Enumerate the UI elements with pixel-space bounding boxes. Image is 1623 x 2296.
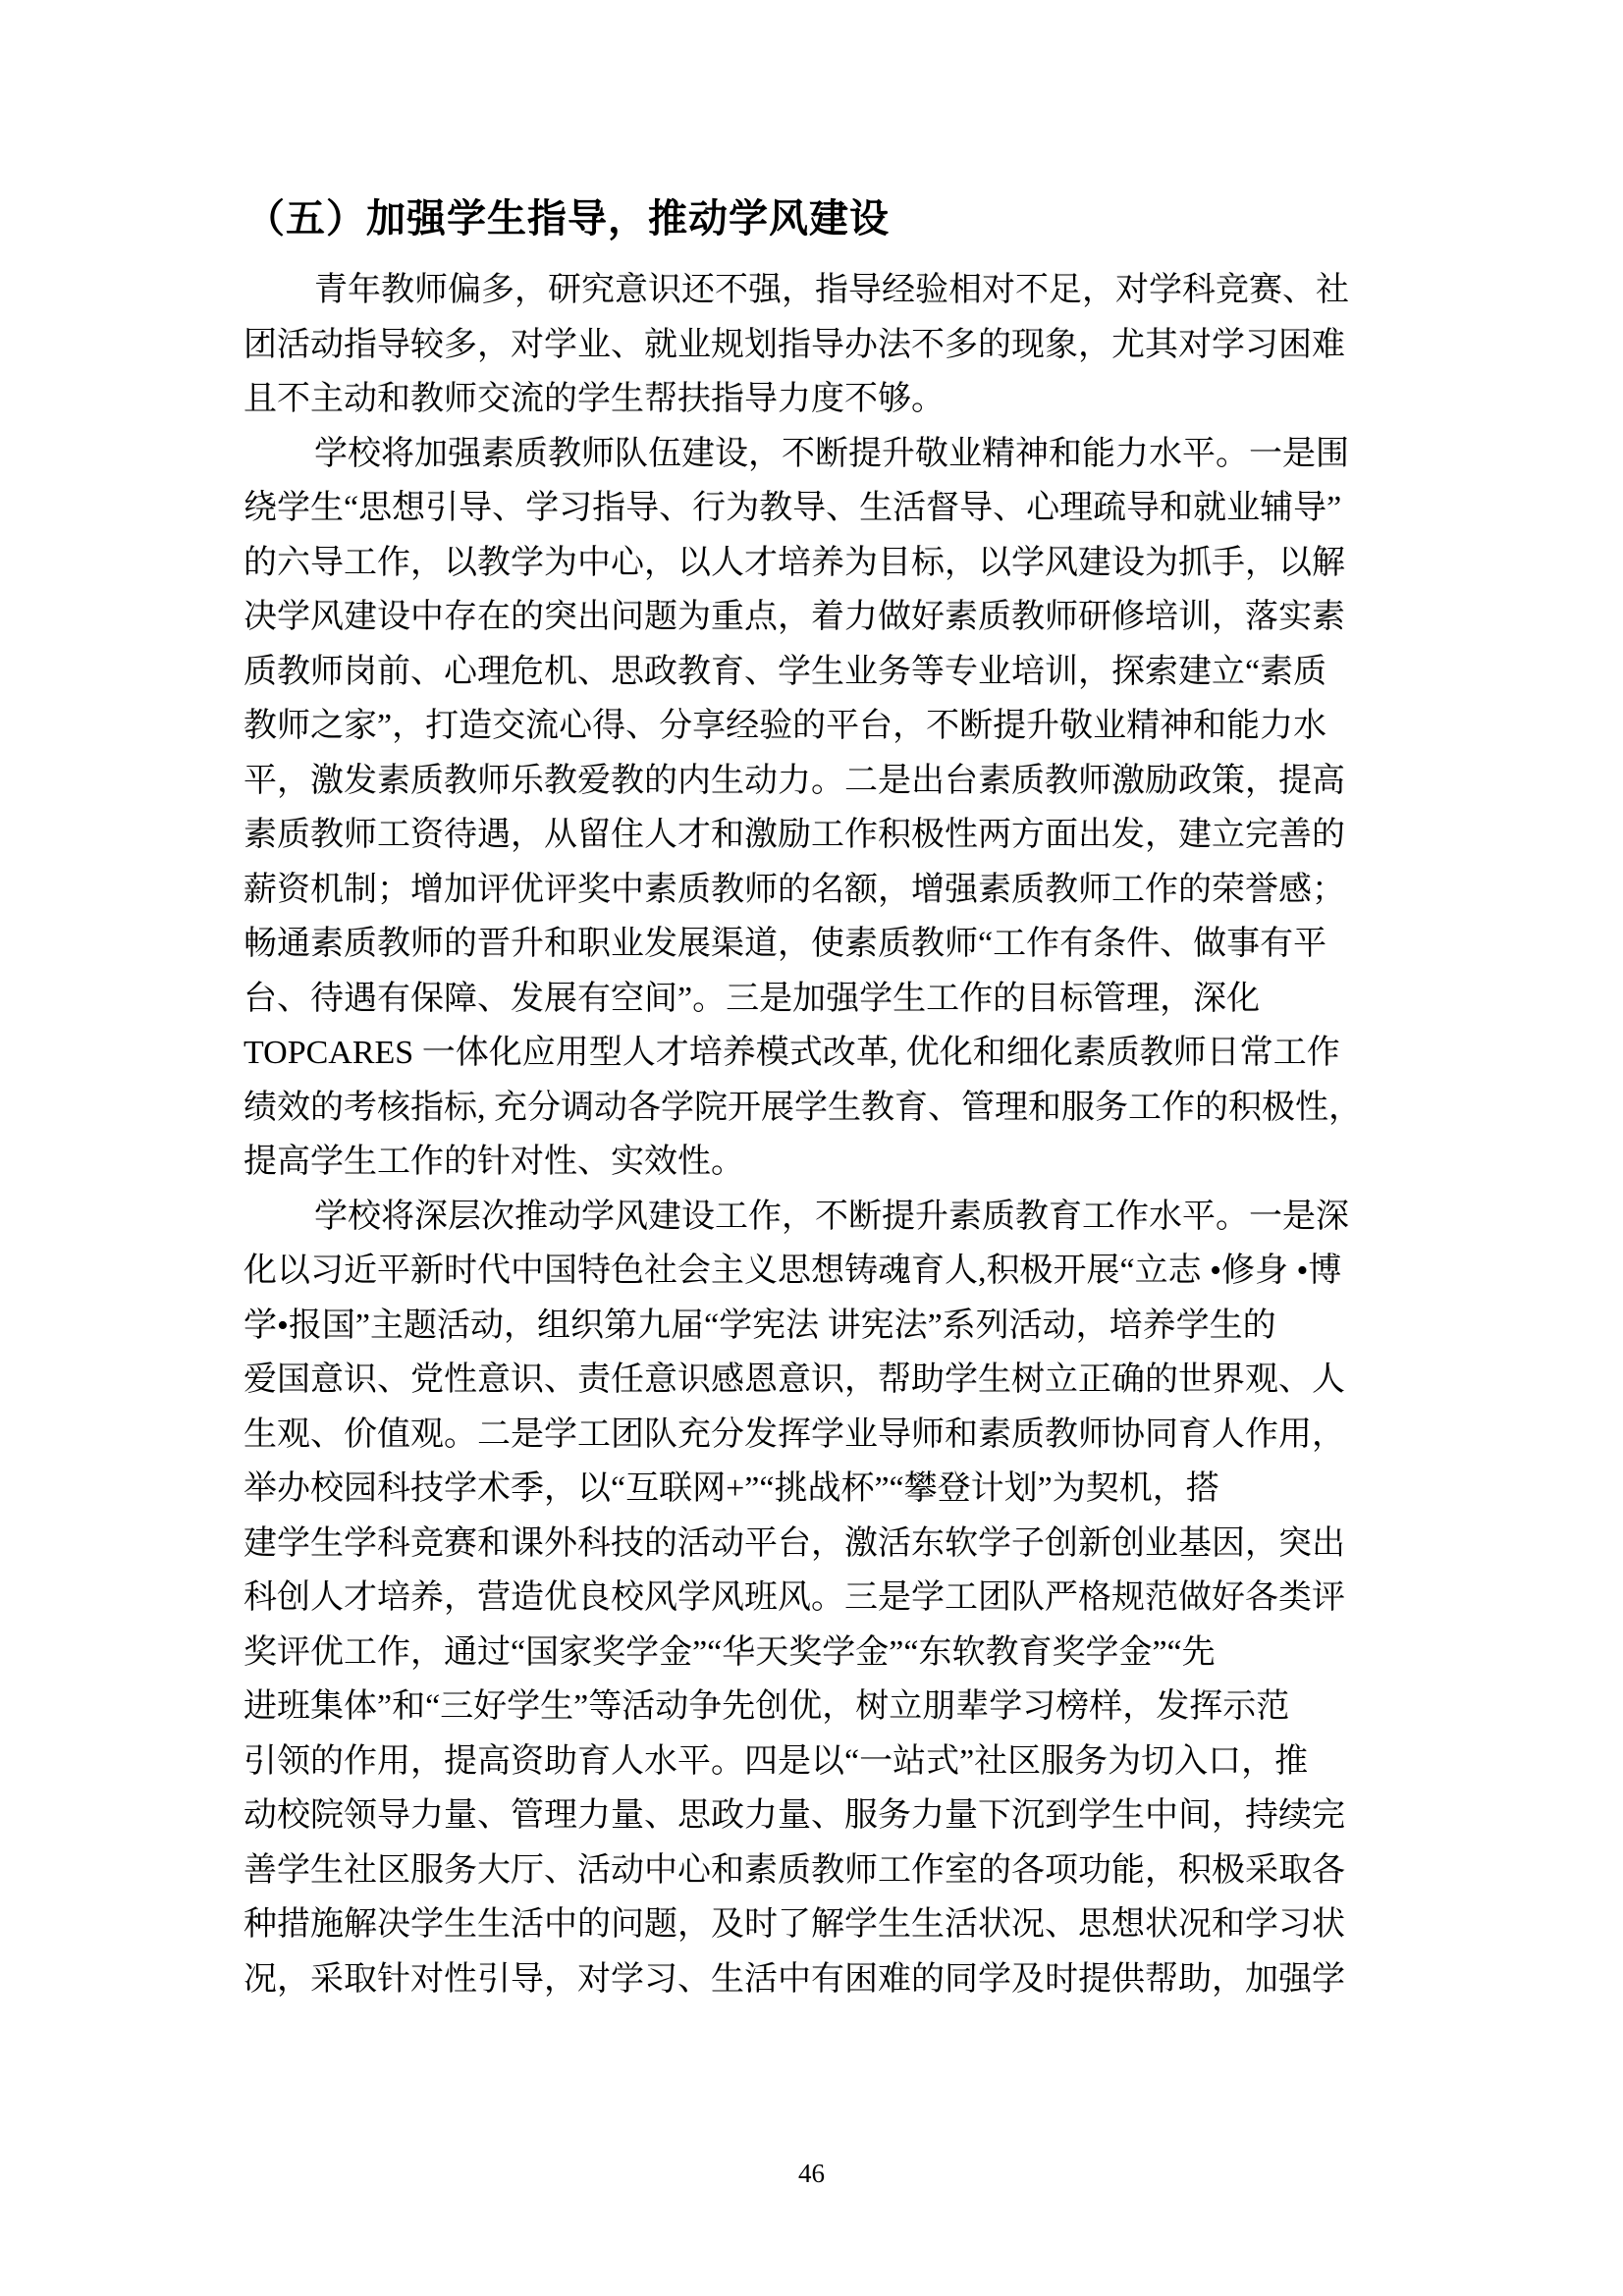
paragraph-line: 决学风建设中存在的突出问题为重点，着力做好素质教师研修培训，落实素 <box>243 590 1430 645</box>
paragraph-line: 善学生社区服务大厅、活动中心和素质教师工作室的各项功能，积极采取各 <box>243 1843 1430 1898</box>
paragraph-line: 青年教师偏多，研究意识还不强，指导经验相对不足，对学科竞赛、社 <box>243 263 1430 318</box>
paragraph-line: 薪资机制；增加评优评奖中素质教师的名额，增强素质教师工作的荣誉感； <box>243 863 1430 918</box>
paragraph-line: 爱国意识、党性意识、责任意识感恩意识，帮助学生树立正确的世界观、人 <box>243 1353 1430 1408</box>
paragraph-line: 奖评优工作，通过“国家奖学金”“华天奖学金”“东软教育奖学金”“先 <box>243 1626 1430 1681</box>
paragraph-line: 况，采取针对性引导，对学习、生活中有困难的同学及时提供帮助，加强学 <box>243 1952 1430 2007</box>
paragraph-line: 学校将加强素质教师队伍建设，不断提升敬业精神和能力水平。一是围 <box>243 427 1430 482</box>
paragraph-line: 团活动指导较多，对学业、就业规划指导办法不多的现象，尤其对学习困难 <box>243 318 1430 373</box>
paragraph-line: 教师之家”，打造交流心得、分享经验的平台，不断提升敬业精神和能力水 <box>243 699 1430 754</box>
paragraph-line: 学•报国”主题活动，组织第九届“学宪法 讲宪法”系列活动，培养学生的 <box>243 1299 1430 1354</box>
paragraph-line: 科创人才培养，营造优良校风学风班风。三是学工团队严格规范做好各类评 <box>243 1571 1430 1626</box>
paragraph-line: 动校院领导力量、管理力量、思政力量、服务力量下沉到学生中间，持续完 <box>243 1789 1430 1843</box>
paragraph-line: 台、待遇有保障、发展有空间”。三是加强学生工作的目标管理，深化 <box>243 972 1430 1027</box>
paragraph-line: 种措施解决学生生活中的问题，及时了解学生生活状况、思想状况和学习状 <box>243 1897 1430 1952</box>
page-number: 46 <box>798 2159 825 2188</box>
paragraph-line: 畅通素质教师的晋升和职业发展渠道，使素质教师“工作有条件、做事有平 <box>243 917 1430 972</box>
paragraph-line: 素质教师工资待遇，从留住人才和激励工作积极性两方面出发，建立完善的 <box>243 808 1430 863</box>
paragraph-line: 建学生学科竞赛和课外科技的活动平台，激活东软学子创新创业基因，突出 <box>243 1517 1430 1572</box>
paragraph-line: 进班集体”和“三好学生”等活动争先创优，树立朋辈学习榜样，发挥示范 <box>243 1680 1430 1735</box>
paragraph-line: 提高学生工作的针对性、实效性。 <box>243 1135 1430 1190</box>
document-page: （五）加强学生指导，推动学风建设 青年教师偏多，研究意识还不强，指导经验相对不足… <box>0 0 1623 2296</box>
section-heading: （五）加强学生指导，推动学风建设 <box>245 194 890 243</box>
paragraph-line: 引领的作用，提高资助育人水平。四是以“一站式”社区服务为切入口，推 <box>243 1735 1430 1789</box>
paragraph-line: 绕学生“思想引导、学习指导、行为教导、生活督导、心理疏导和就业辅导” <box>243 481 1430 536</box>
paragraph-line: 绩效的考核指标, 充分调动各学院开展学生教育、管理和服务工作的积极性， <box>243 1081 1430 1136</box>
paragraph-line: 质教师岗前、心理危机、思政教育、学生业务等专业培训，探索建立“素质 <box>243 645 1430 700</box>
paragraph-line: 生观、价值观。二是学工团队充分发挥学业导师和素质教师协同育人作用， <box>243 1408 1430 1463</box>
page-footer: 46 <box>0 2158 1623 2189</box>
document-body: 青年教师偏多，研究意识还不强，指导经验相对不足，对学科竞赛、社团活动指导较多，对… <box>243 263 1430 2006</box>
paragraph-line: 平，激发素质教师乐教爱教的内生动力。二是出台素质教师激励政策，提高 <box>243 754 1430 809</box>
paragraph-line: 化以习近平新时代中国特色社会主义思想铸魂育人,积极开展“立志 •修身 •博 <box>243 1244 1430 1299</box>
paragraph-line: TOPCARES 一体化应用型人才培养模式改革, 优化和细化素质教师日常工作 <box>243 1026 1430 1081</box>
paragraph-line: 且不主动和教师交流的学生帮扶指导力度不够。 <box>243 372 1430 427</box>
paragraph-line: 的六导工作，以教学为中心，以人才培养为目标，以学风建设为抓手，以解 <box>243 536 1430 591</box>
paragraph-line: 举办校园科技学术季，以“互联网+”“挑战杯”“攀登计划”为契机，搭 <box>243 1462 1430 1517</box>
paragraph-line: 学校将深层次推动学风建设工作，不断提升素质教育工作水平。一是深 <box>243 1190 1430 1245</box>
